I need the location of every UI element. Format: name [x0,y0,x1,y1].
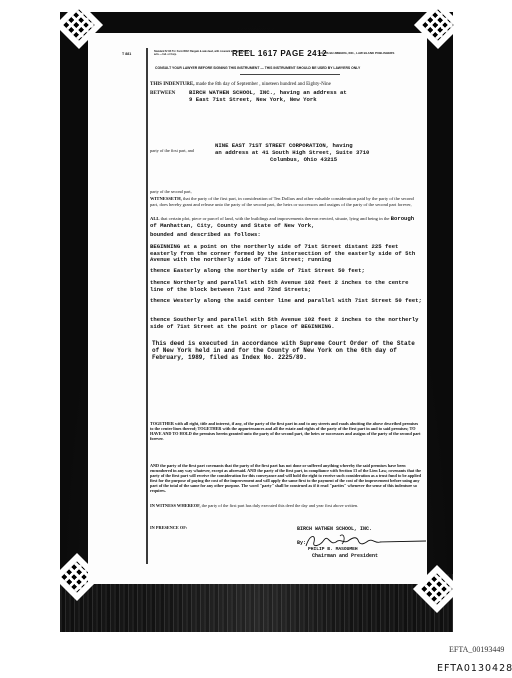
description-beginning: BEGINNING at a point on the northerly si… [150,244,422,264]
margin-rule [146,48,148,564]
covenants-clause: AND the party of the first part covenant… [150,463,422,493]
bounded-described: bounded and described as follows: [150,232,261,239]
party-second-label: party of the second part, [150,189,192,194]
deed-page [88,33,427,584]
party1-address: 9 East 71st Street, New York, New York [189,97,317,104]
court-order-note: This deed is executed in accordance with… [152,341,422,361]
reel-page-stamp: REEL 1617 PAGE 2412 [232,49,327,58]
bates-number-secondary: EFTA01304283 [437,663,512,674]
signer-title: Chairman and President [312,553,378,560]
description-north: thence Northerly and parallel with 5th A… [150,280,422,293]
description-south: thence Southerly and parallel with 5th A… [150,317,422,330]
header-rule [240,74,340,75]
together-clause: TOGETHER with all right, title and inter… [150,421,422,441]
party2-city: Columbus, Ohio 43215 [270,157,337,164]
description-east: thence Easterly along the northerly side… [150,268,422,275]
all-clause: ALL that certain plot, piece or parcel o… [150,216,422,229]
witnesseth-clause: WITNESSETH, that the party of the first … [150,196,422,207]
in-presence-label: IN PRESENCE OF: [150,525,187,530]
lawyer-warning: CONSULT YOUR LAWYER BEFORE SIGNING THIS … [155,66,360,70]
description-west: thence Westerly along the said center li… [150,298,422,305]
in-witness-clause: IN WITNESS WHEREOF, the party of the fir… [150,503,422,508]
indenture-opening: THIS INDENTURE, made the 8th day of Sept… [150,82,331,87]
publisher: JULIUS BLUMBERG, INC., LAW BLANK PUBLISH… [318,51,394,55]
form-number: T 881 [122,52,131,56]
bates-number-primary: EFTA_00193449 [449,645,504,654]
party-first-label: party of the first part, and [150,148,194,153]
between-label: BETWEEN [150,91,175,96]
